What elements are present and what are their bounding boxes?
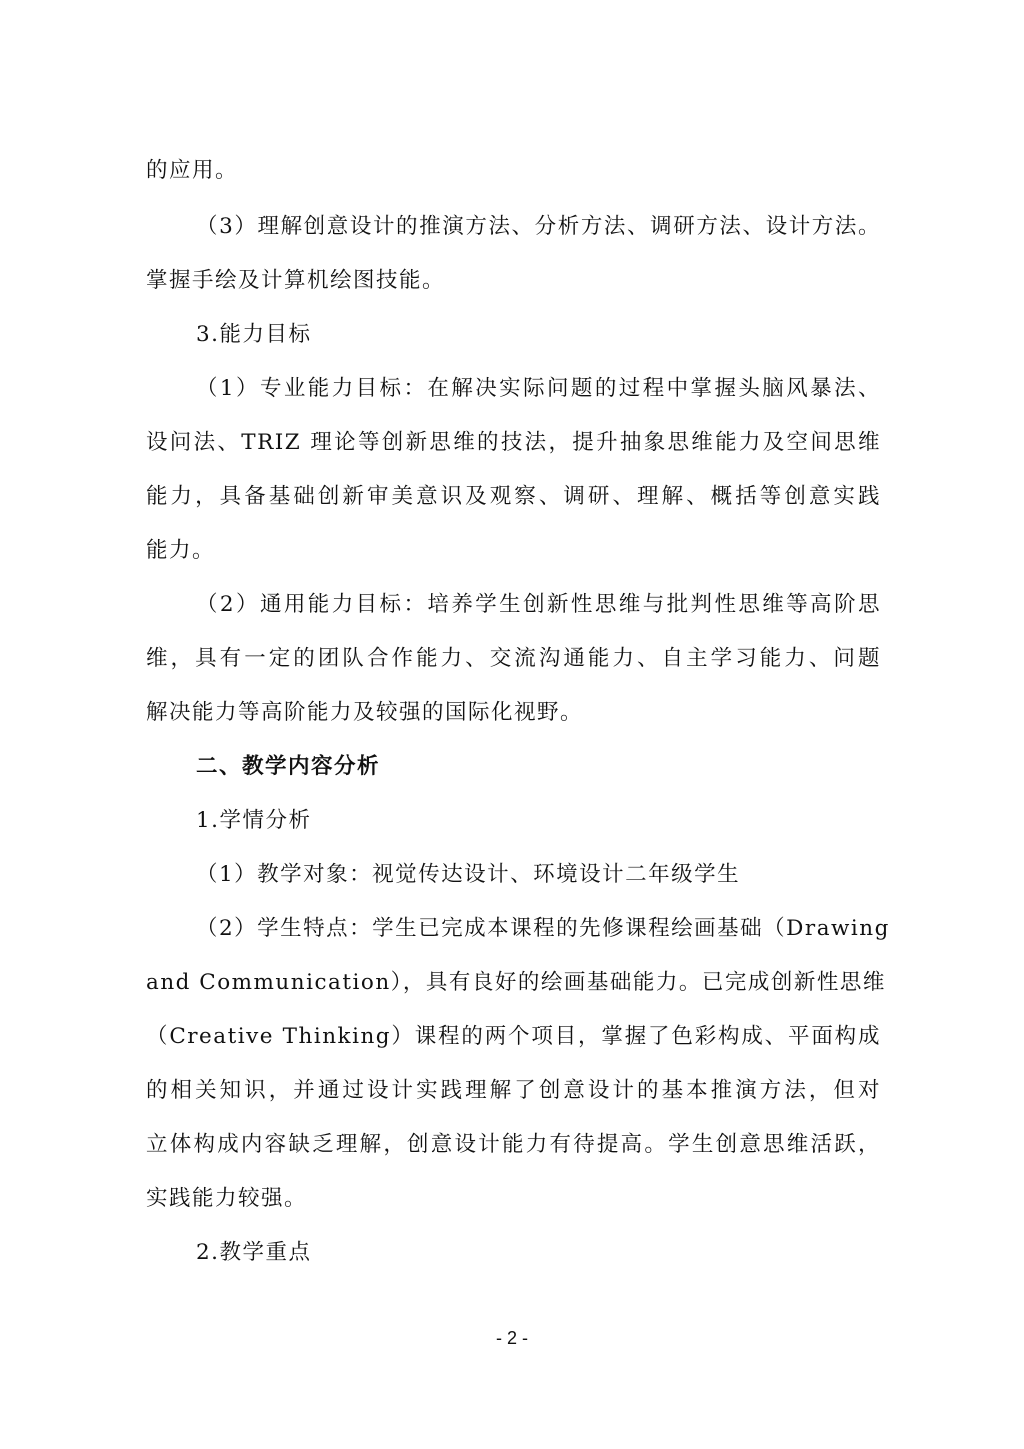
text-line: 1.学情分析	[196, 806, 931, 836]
page-number: - 2 -	[0, 1328, 1024, 1349]
text-line: 的相关知识，并通过设计实践理解了创意设计的基本推演方法，但对	[146, 1076, 881, 1106]
text-line: 能力。	[146, 536, 881, 566]
text-line: （1）教学对象：视觉传达设计、环境设计二年级学生	[196, 860, 931, 890]
text-line: 解决能力等高阶能力及较强的国际化视野。	[146, 698, 881, 728]
section-heading: 二、教学内容分析	[196, 752, 931, 782]
text-line: 3.能力目标	[196, 320, 931, 350]
text-line: （3）理解创意设计的推演方法、分析方法、调研方法、设计方法。	[196, 212, 881, 242]
text-line: 立体构成内容缺乏理解，创意设计能力有待提高。学生创意思维活跃，	[146, 1130, 881, 1160]
text-line: 掌握手绘及计算机绘图技能。	[146, 266, 881, 296]
text-line: 设问法、TRIZ 理论等创新思维的技法，提升抽象思维能力及空间思维	[146, 428, 881, 458]
text-line: （Creative Thinking）课程的两个项目，掌握了色彩构成、平面构成	[146, 1022, 881, 1052]
text-line: and Communication），具有良好的绘画基础能力。已完成创新性思维	[146, 968, 881, 998]
text-line: （2）学生特点：学生已完成本课程的先修课程绘画基础（Drawing	[196, 914, 881, 944]
text-line: 的应用。	[146, 156, 881, 186]
text-line: （1）专业能力目标：在解决实际问题的过程中掌握头脑风暴法、	[196, 374, 881, 404]
document-page: 的应用。（3）理解创意设计的推演方法、分析方法、调研方法、设计方法。掌握手绘及计…	[0, 0, 1024, 1449]
text-line: 能力，具备基础创新审美意识及观察、调研、理解、概括等创意实践	[146, 482, 881, 512]
text-line: 实践能力较强。	[146, 1184, 881, 1214]
text-line: 2.教学重点	[196, 1238, 931, 1268]
text-line: 维，具有一定的团队合作能力、交流沟通能力、自主学习能力、问题	[146, 644, 881, 674]
text-line: （2）通用能力目标：培养学生创新性思维与批判性思维等高阶思	[196, 590, 881, 620]
